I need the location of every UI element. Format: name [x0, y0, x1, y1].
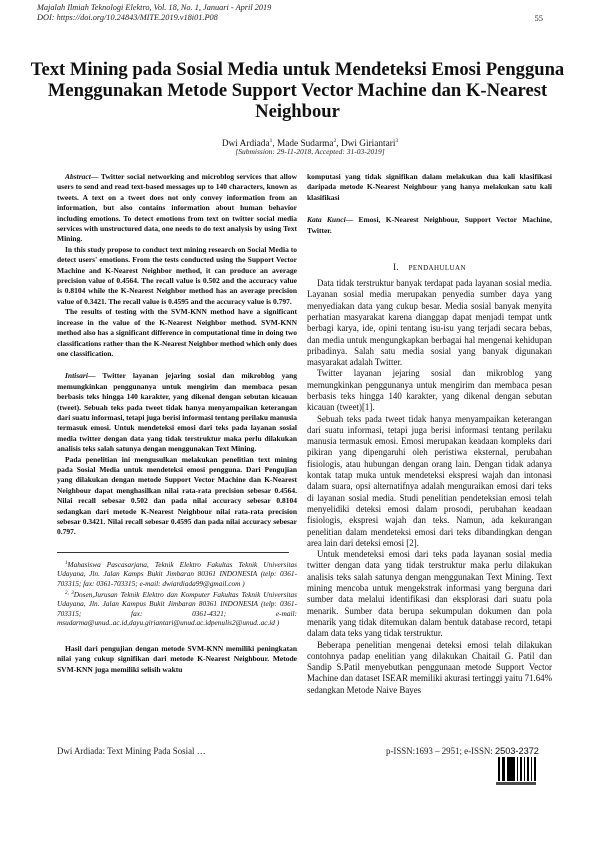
- intisari-continuation: komputasi yang tidak signifikan dalam me…: [307, 172, 552, 203]
- abstract-paragraph: The results of testing with the SVM-KNN …: [57, 307, 297, 359]
- body-paragraph: Twitter layanan jejaring sosial dan mikr…: [307, 368, 552, 413]
- abstract-paragraph: Abstract— Twitter social networking and …: [57, 172, 297, 245]
- intisari-paragraph: Intisari— Twitter layanan jejaring sosia…: [57, 371, 297, 454]
- body-paragraph: Sebuah teks pada tweet tidak hanya menya…: [307, 414, 552, 550]
- journal-citation: Majalah Ilmiah Teknologi Elektro, Vol. 1…: [37, 3, 557, 13]
- intisari-label: Intisari: [65, 371, 88, 380]
- page-number: 55: [535, 13, 544, 23]
- author-affiliation-mark: 3: [395, 138, 398, 144]
- eissn-number: 2503-2372: [495, 746, 539, 756]
- submission-dates: [Submission: 29-11-2018, Accepted: 31-03…: [160, 147, 460, 156]
- section-number: I.: [393, 262, 399, 272]
- intisari-paragraph: Pada penelitian ini mengusulkan melakuka…: [57, 455, 297, 538]
- barcode-icon: [496, 757, 540, 787]
- keywords-label: Kata Kunci: [307, 215, 346, 224]
- abstract-label: Abstract: [65, 172, 91, 181]
- left-column: Abstract— Twitter social networking and …: [57, 172, 297, 675]
- author-affiliation-mark: 1: [270, 138, 273, 144]
- right-column: komputasi yang tidak signifikan dalam me…: [307, 172, 552, 696]
- intisari-paragraph: Hasil dari pengujian dengan metode SVM-K…: [57, 644, 297, 675]
- footnote-divider: [57, 552, 289, 553]
- body-paragraph: Untuk mendeteksi emosi dari teks pada la…: [307, 549, 552, 639]
- keywords: Kata Kunci— Emosi, K-Nearest Neighbour, …: [307, 215, 552, 236]
- paper-title: Text Mining pada Sosial Media untuk Mend…: [30, 59, 565, 122]
- body-paragraph: Data tidak terstruktur banyak terdapat p…: [307, 278, 552, 368]
- running-head: Majalah Ilmiah Teknologi Elektro, Vol. 1…: [37, 3, 557, 23]
- footer-running-title: Dwi Ardiada: Text Mining Pada Sosial …: [57, 746, 206, 756]
- doi-link[interactable]: DOI: https://doi.org/10.24843/MITE.2019.…: [37, 13, 557, 23]
- abstract-paragraph: In this study propose to conduct text mi…: [57, 245, 297, 307]
- section-heading: I.PENDAHULUAN: [307, 262, 552, 272]
- body-paragraph: Beberapa penelitian mengenai deteksi emo…: [307, 640, 552, 696]
- footnote-1: 1Mahasiswa Pascasarjana, Teknik Elektro …: [57, 559, 297, 589]
- section-title: PENDAHULUAN: [409, 264, 466, 272]
- author-affiliation-mark: 2: [334, 138, 337, 144]
- footer-issn: p-ISSN:1693 – 2951; e-ISSN: 2503-2372: [386, 746, 539, 756]
- footnote-2: 2, 3Dosen,Jurusan Teknik Elektro dan Kom…: [57, 589, 297, 628]
